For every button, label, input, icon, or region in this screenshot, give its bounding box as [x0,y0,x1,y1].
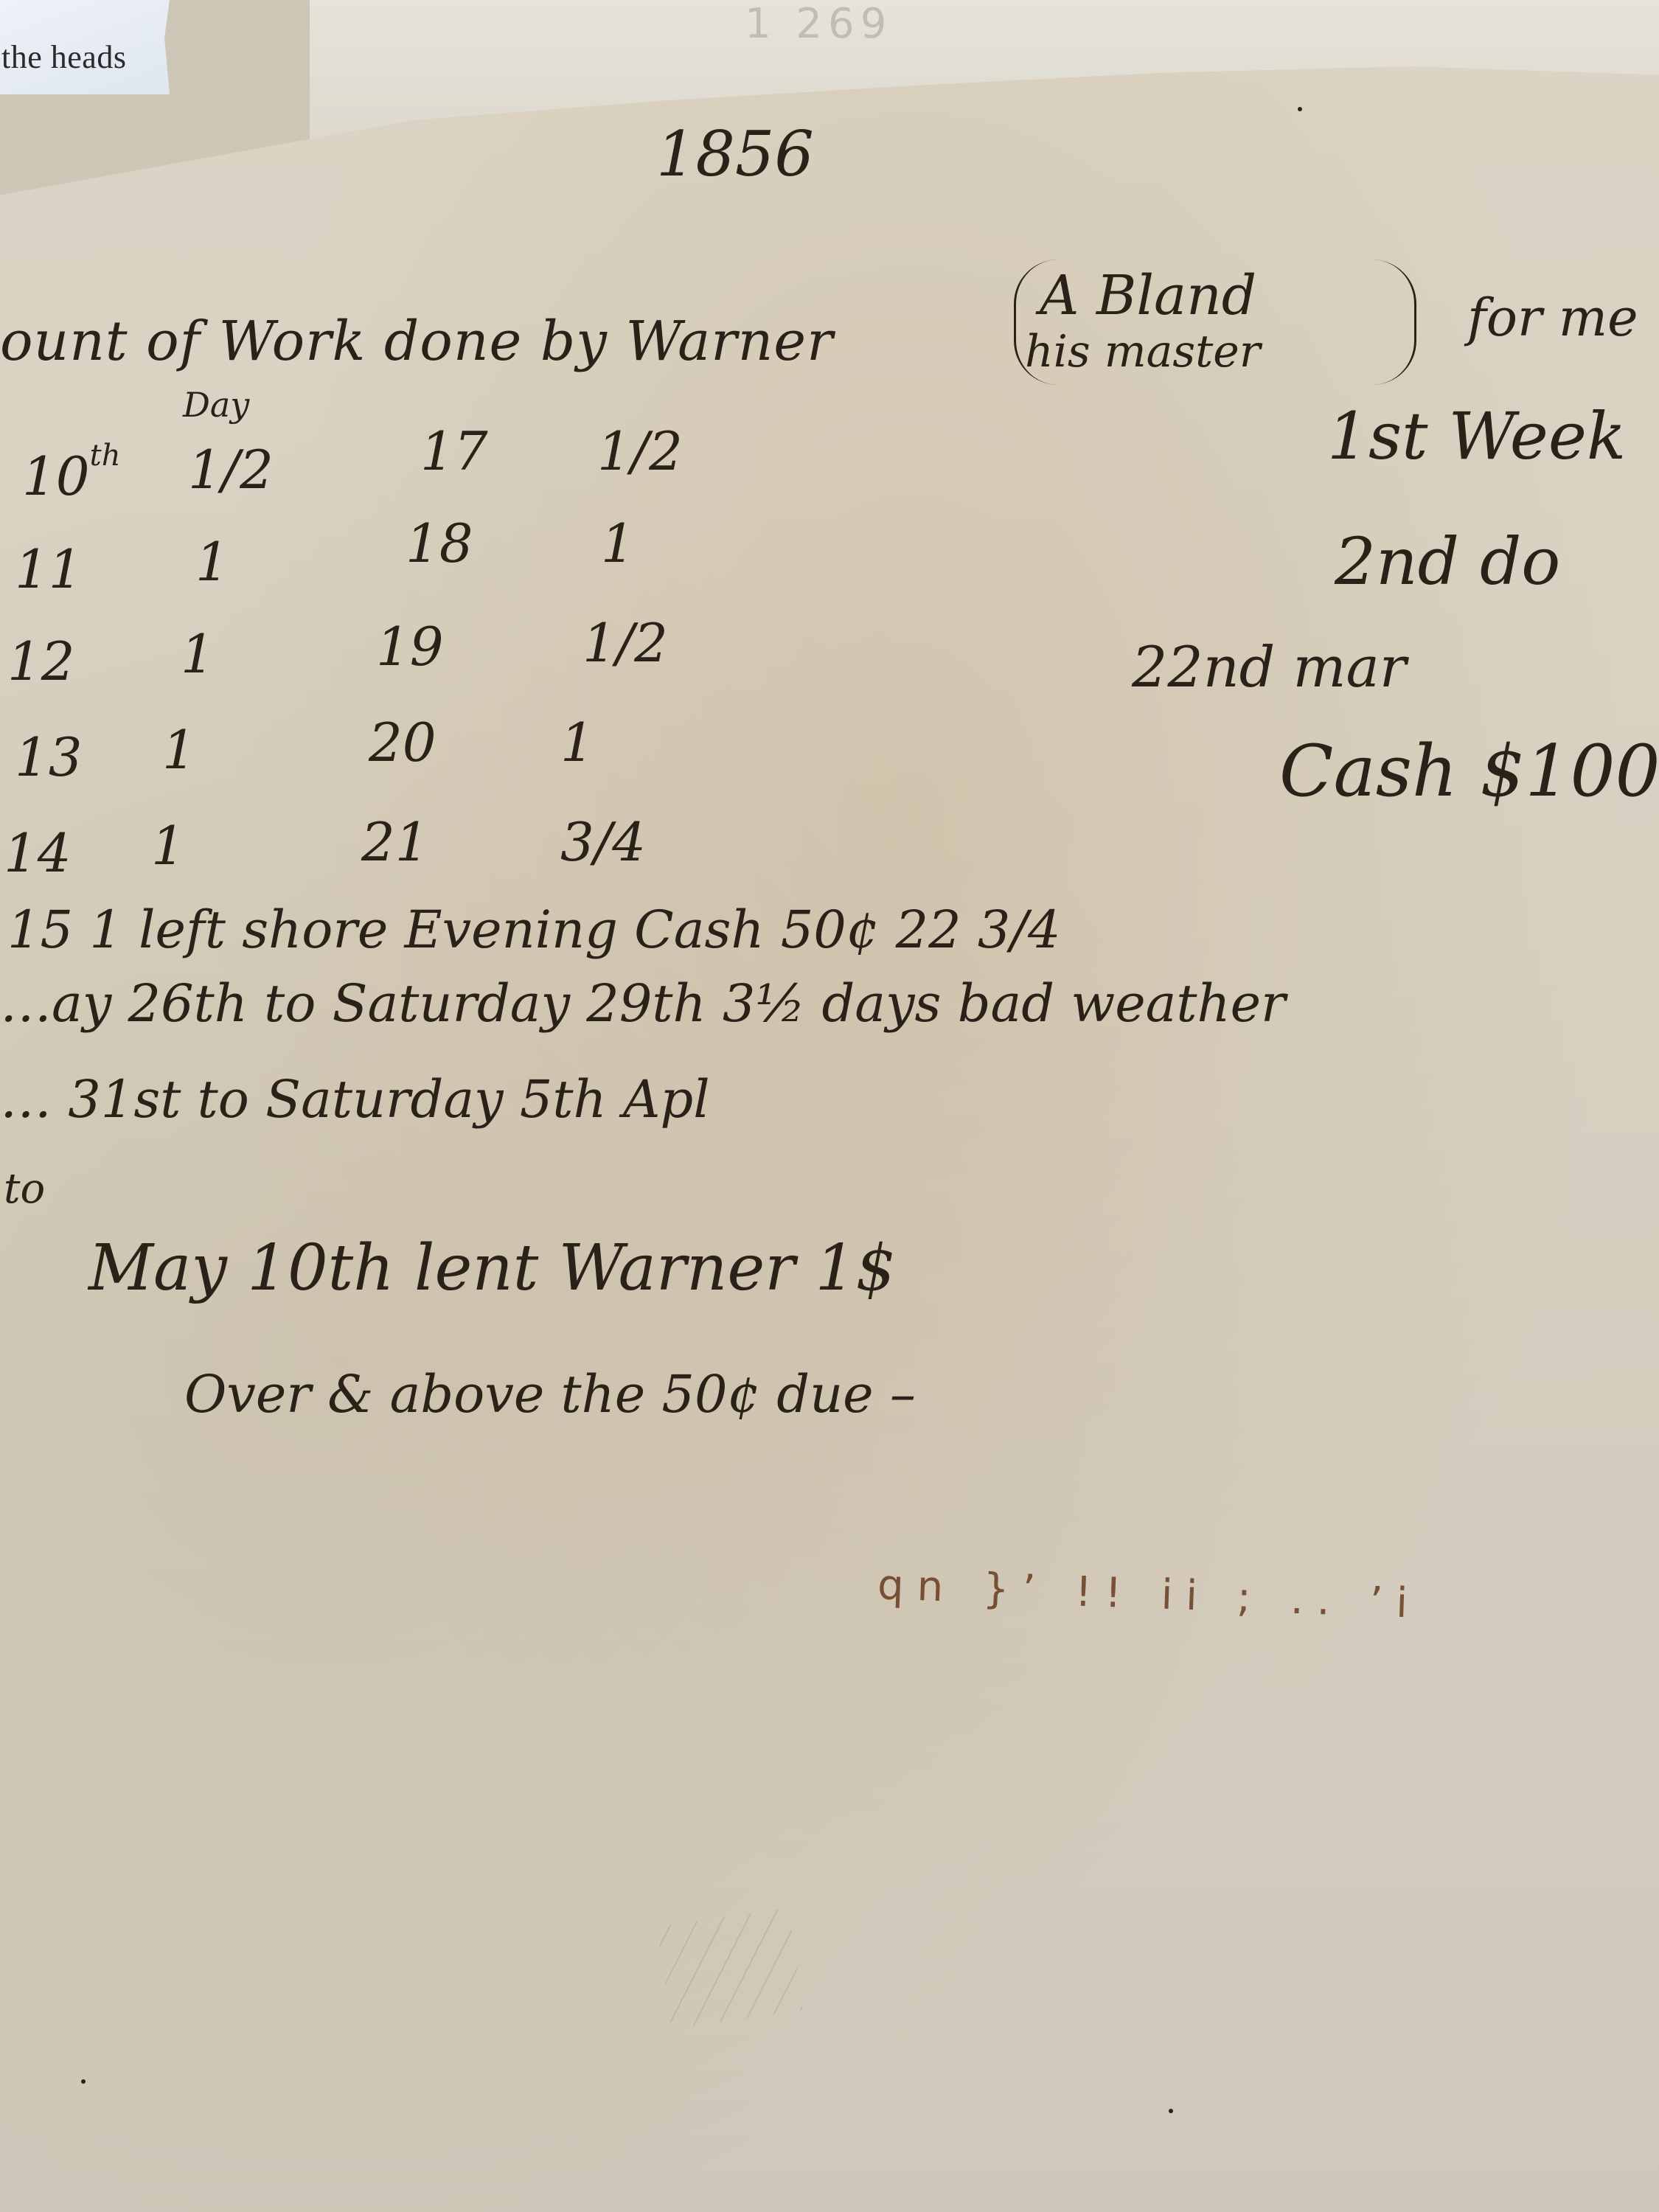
printed-scrap-text: the heads [1,38,126,76]
row-days-a: 1/2 [188,439,274,501]
row-days-b: 1/2 [582,612,668,674]
ink-speck [81,2079,86,2084]
row-days-b: 1/2 [597,420,683,482]
row-days-b: 1 [601,512,635,574]
row-date-a: 11 [15,538,83,600]
entry-line-26-29: …ay 26th to Saturday 29th 3½ days bad we… [0,973,1286,1034]
faint-pencil-numbers: 1 269 [745,0,892,48]
row-days-b: 3/4 [560,811,646,873]
master-label: his master [1025,326,1260,378]
note-over-above: Over & above the 50¢ due – [184,1364,916,1425]
row-date-b: 20 [369,712,437,773]
note-second-week: 2nd do [1335,524,1560,599]
note-first-week: 1st Week [1327,398,1626,474]
note-cash-100: Cash $100 [1279,730,1659,813]
ink-speck [1298,107,1302,111]
row-date-b: 18 [406,512,473,574]
row-days-b: 1 [560,712,594,773]
entry-line-31-5: … 31st to Saturday 5th Apl [0,1069,710,1130]
note-date-22-mar: 22nd mar [1132,634,1406,700]
row-date-a: 14 [4,822,72,884]
row-days-a: 1 [162,719,196,781]
year-heading: 1856 [656,118,814,190]
row-date-a: 10th [22,439,120,507]
row-date-b: 17 [420,420,488,482]
row-date-b: 21 [361,811,429,873]
entry-line-15: 15 1 left shore Evening Cash 50¢ 22 3/4 [7,900,1061,960]
row-days-a: 1 [181,623,215,685]
day-column-header: Day [183,385,249,425]
title-prefix: ount of Work done by Warner [0,310,833,373]
row-date-b: 19 [376,616,444,678]
printed-paper-scrap: the heads [0,0,170,94]
master-name: A Bland [1040,264,1256,327]
row-date-a: 12 [7,630,75,692]
row-days-a: 1 [151,815,185,877]
ledger-page: 1856 ount of Work done by Warner A Bland… [0,66,1659,2212]
title-suffix: for me [1467,288,1638,348]
paper-scratch-marks [657,1908,803,2029]
note-may-10-loan: May 10th lent Warner 1$ [88,1231,896,1305]
ink-speck [1169,2109,1173,2113]
row-days-a: 1 [195,531,229,593]
entry-line-to: to [4,1165,45,1213]
row-date-a: 13 [15,726,83,788]
